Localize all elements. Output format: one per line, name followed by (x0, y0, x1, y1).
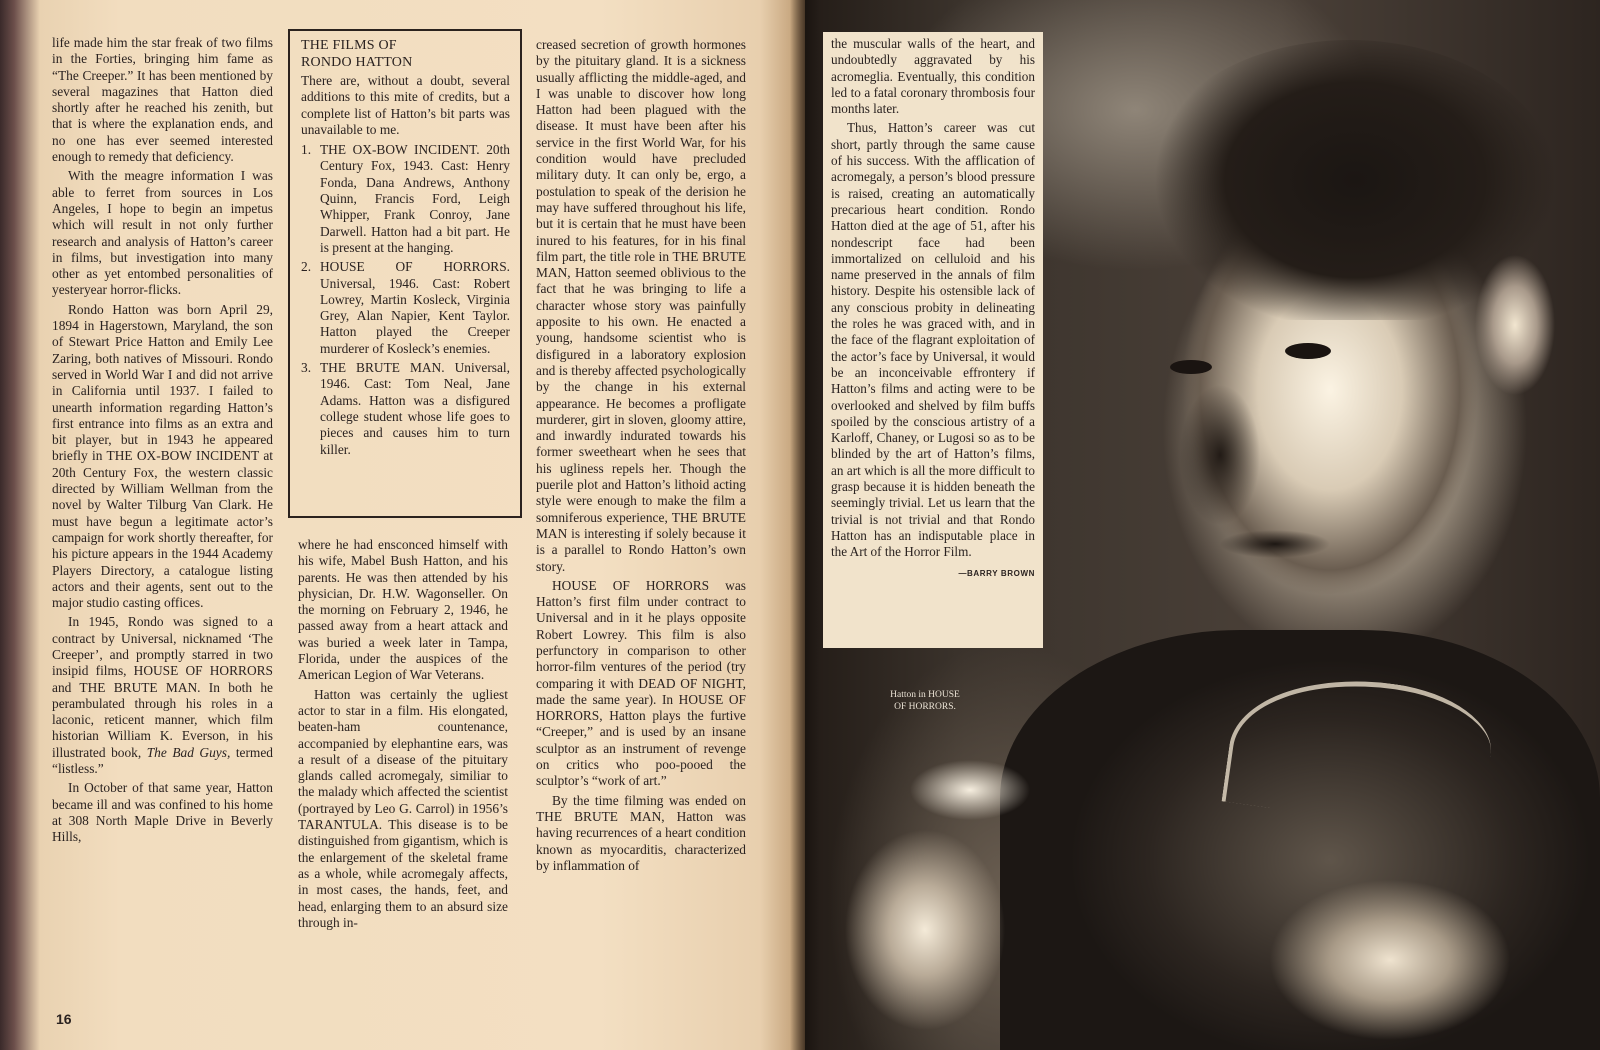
paragraph: In October of that same year, Hatton bec… (52, 780, 273, 845)
paragraph: Rondo Hatton was born April 29, 1894 in … (52, 302, 273, 612)
photo-caption: Hatton in HOUSE OF HORRORS. (870, 689, 980, 713)
item-number: 3. (301, 360, 320, 458)
item-number: 1. (301, 142, 320, 256)
caption-line: OF HORRORS. (870, 701, 980, 713)
paragraph-text: Thus, Hatton’s career was cut short, par… (831, 120, 1035, 559)
paragraph: where he had ensconced himself with his … (298, 537, 508, 684)
caption-line: Hatton in HOUSE (870, 689, 980, 701)
filmography-item: 1. THE OX-BOW INCIDENT. 20th Century Fox… (301, 142, 510, 256)
paragraph: creased secretion of growth hormones by … (536, 37, 746, 575)
paragraph: By the time filming was ended on THE BRU… (536, 793, 746, 874)
left-page: life made him the star freak of two film… (0, 0, 805, 1050)
book-title: The Bad Guys, (147, 745, 231, 760)
article-continuation-box: the muscular walls of the heart, and und… (823, 32, 1043, 648)
item-number: 2. (301, 259, 320, 357)
item-text: THE BRUTE MAN. Universal, 1946. Cast: To… (320, 360, 510, 458)
paragraph-text: In 1945, Rondo was signed to a contract … (52, 614, 273, 759)
page-number: 16 (56, 1011, 72, 1027)
photo-eye-shape (1285, 343, 1331, 359)
paragraph: With the meagre information I was able t… (52, 168, 273, 298)
photo-nose-shadow (1175, 380, 1265, 530)
filmography-item: 3. THE BRUTE MAN. Universal, 1946. Cast:… (301, 360, 510, 458)
photo-mouth-shape (1220, 530, 1330, 558)
item-text: HOUSE OF HORRORS. Universal, 1946. Cast:… (320, 259, 510, 357)
films-sidebar-box: THE FILMS OF RONDO HATTON There are, wit… (288, 29, 522, 518)
sidebar-intro: There are, without a doubt, several addi… (301, 73, 510, 138)
paragraph: Thus, Hatton’s career was cut short, par… (831, 120, 1035, 560)
paragraph: Hatton was certainly the ugliest actor t… (298, 687, 508, 931)
sidebar-title-line: THE FILMS OF (301, 37, 510, 54)
article-column-1: life made him the star freak of two film… (52, 35, 273, 846)
photo-ear-shape (1470, 250, 1565, 400)
photo-eye-shape (1170, 360, 1212, 374)
photo-smoke-shape (900, 750, 1040, 830)
article-column-3: creased secretion of growth hormones by … (536, 37, 746, 874)
filmography-list: 1. THE OX-BOW INCIDENT. 20th Century Fox… (301, 142, 510, 458)
page-gutter (790, 0, 820, 1050)
article-column-2: where he had ensconced himself with his … (298, 537, 508, 931)
magazine-spread: life made him the star freak of two film… (0, 0, 1600, 1050)
paragraph: In 1945, Rondo was signed to a contract … (52, 614, 273, 777)
photo-hand-shape (835, 820, 1015, 1040)
paragraph: the muscular walls of the heart, and und… (831, 36, 1035, 117)
paragraph: life made him the star freak of two film… (52, 35, 273, 165)
author-byline: —BARRY BROWN (942, 566, 1035, 582)
filmography-item: 2. HOUSE OF HORRORS. Universal, 1946. Ca… (301, 259, 510, 357)
sidebar-title-line: RONDO HATTON (301, 54, 510, 71)
item-text: THE OX-BOW INCIDENT. 20th Century Fox, 1… (320, 142, 510, 256)
paragraph: HOUSE OF HORRORS was Hatton’s first film… (536, 578, 746, 790)
photo-hand-shape (1260, 870, 1520, 1050)
sidebar-title: THE FILMS OF RONDO HATTON (301, 37, 510, 71)
